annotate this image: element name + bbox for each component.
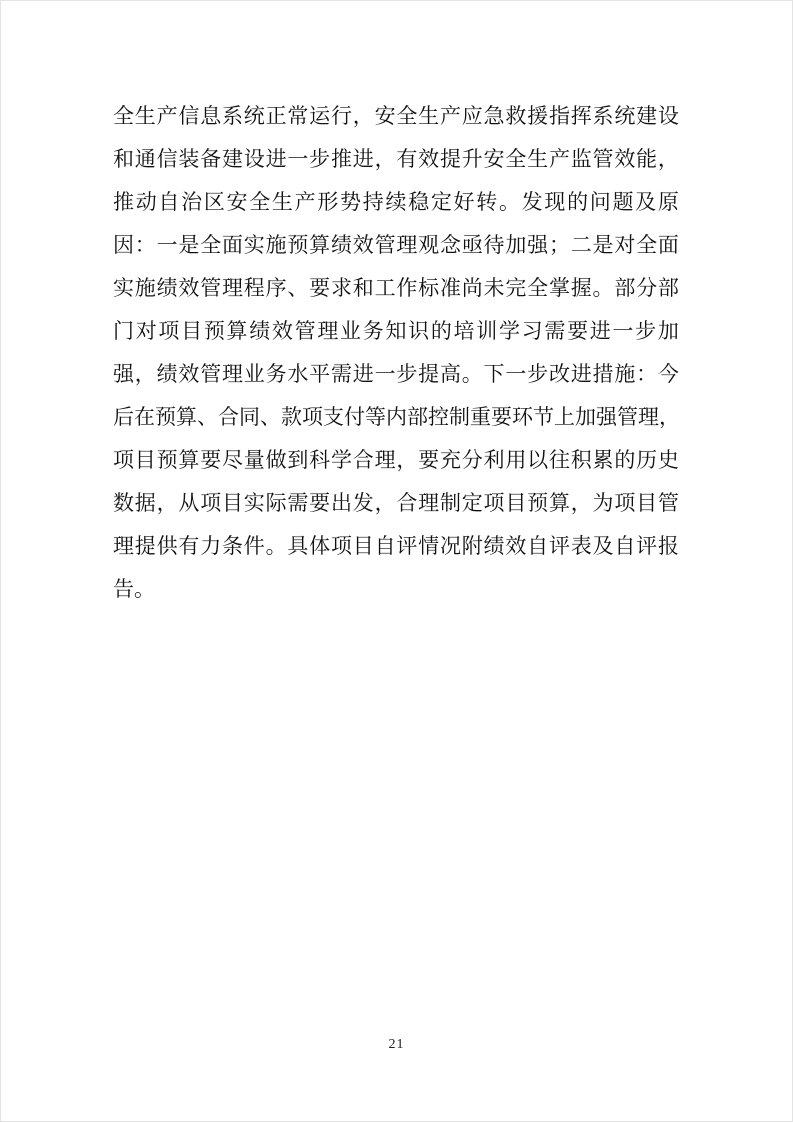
text-line: 项目预算要尽量做到科学合理，要充分利用以往积累的历史	[113, 439, 679, 482]
document-page: 全生产信息系统正常运行，安全生产应急救援指挥系统建设 和通信装备建设进一步推进，…	[0, 0, 793, 1122]
text-line: 理提供有力条件。具体项目自评情况附绩效自评表及自评报	[113, 525, 679, 568]
text-line: 因：一是全面实施预算绩效管理观念亟待加强；二是对全面	[113, 224, 679, 267]
text-line: 数据，从项目实际需要出发，合理制定项目预算，为项目管	[113, 482, 679, 525]
text-line: 后在预算、合同、款项支付等内部控制重要环节上加强管理，	[113, 396, 679, 439]
text-line: 实施绩效管理程序、要求和工作标准尚未完全掌握。部分部	[113, 267, 679, 310]
text-line: 强，绩效管理业务水平需进一步提高。下一步改进措施：今	[113, 353, 679, 396]
text-line: 推动自治区安全生产形势持续稳定好转。发现的问题及原	[113, 181, 679, 224]
text-line: 告。	[113, 568, 679, 611]
page-number: 21	[389, 1037, 405, 1052]
text-line: 和通信装备建设进一步推进，有效提升安全生产监管效能，	[113, 138, 679, 181]
body-text: 全生产信息系统正常运行，安全生产应急救援指挥系统建设 和通信装备建设进一步推进，…	[113, 95, 679, 611]
text-line: 门对项目预算绩效管理业务知识的培训学习需要进一步加	[113, 310, 679, 353]
page-footer: 21	[1, 1035, 792, 1053]
text-line: 全生产信息系统正常运行，安全生产应急救援指挥系统建设	[113, 95, 679, 138]
